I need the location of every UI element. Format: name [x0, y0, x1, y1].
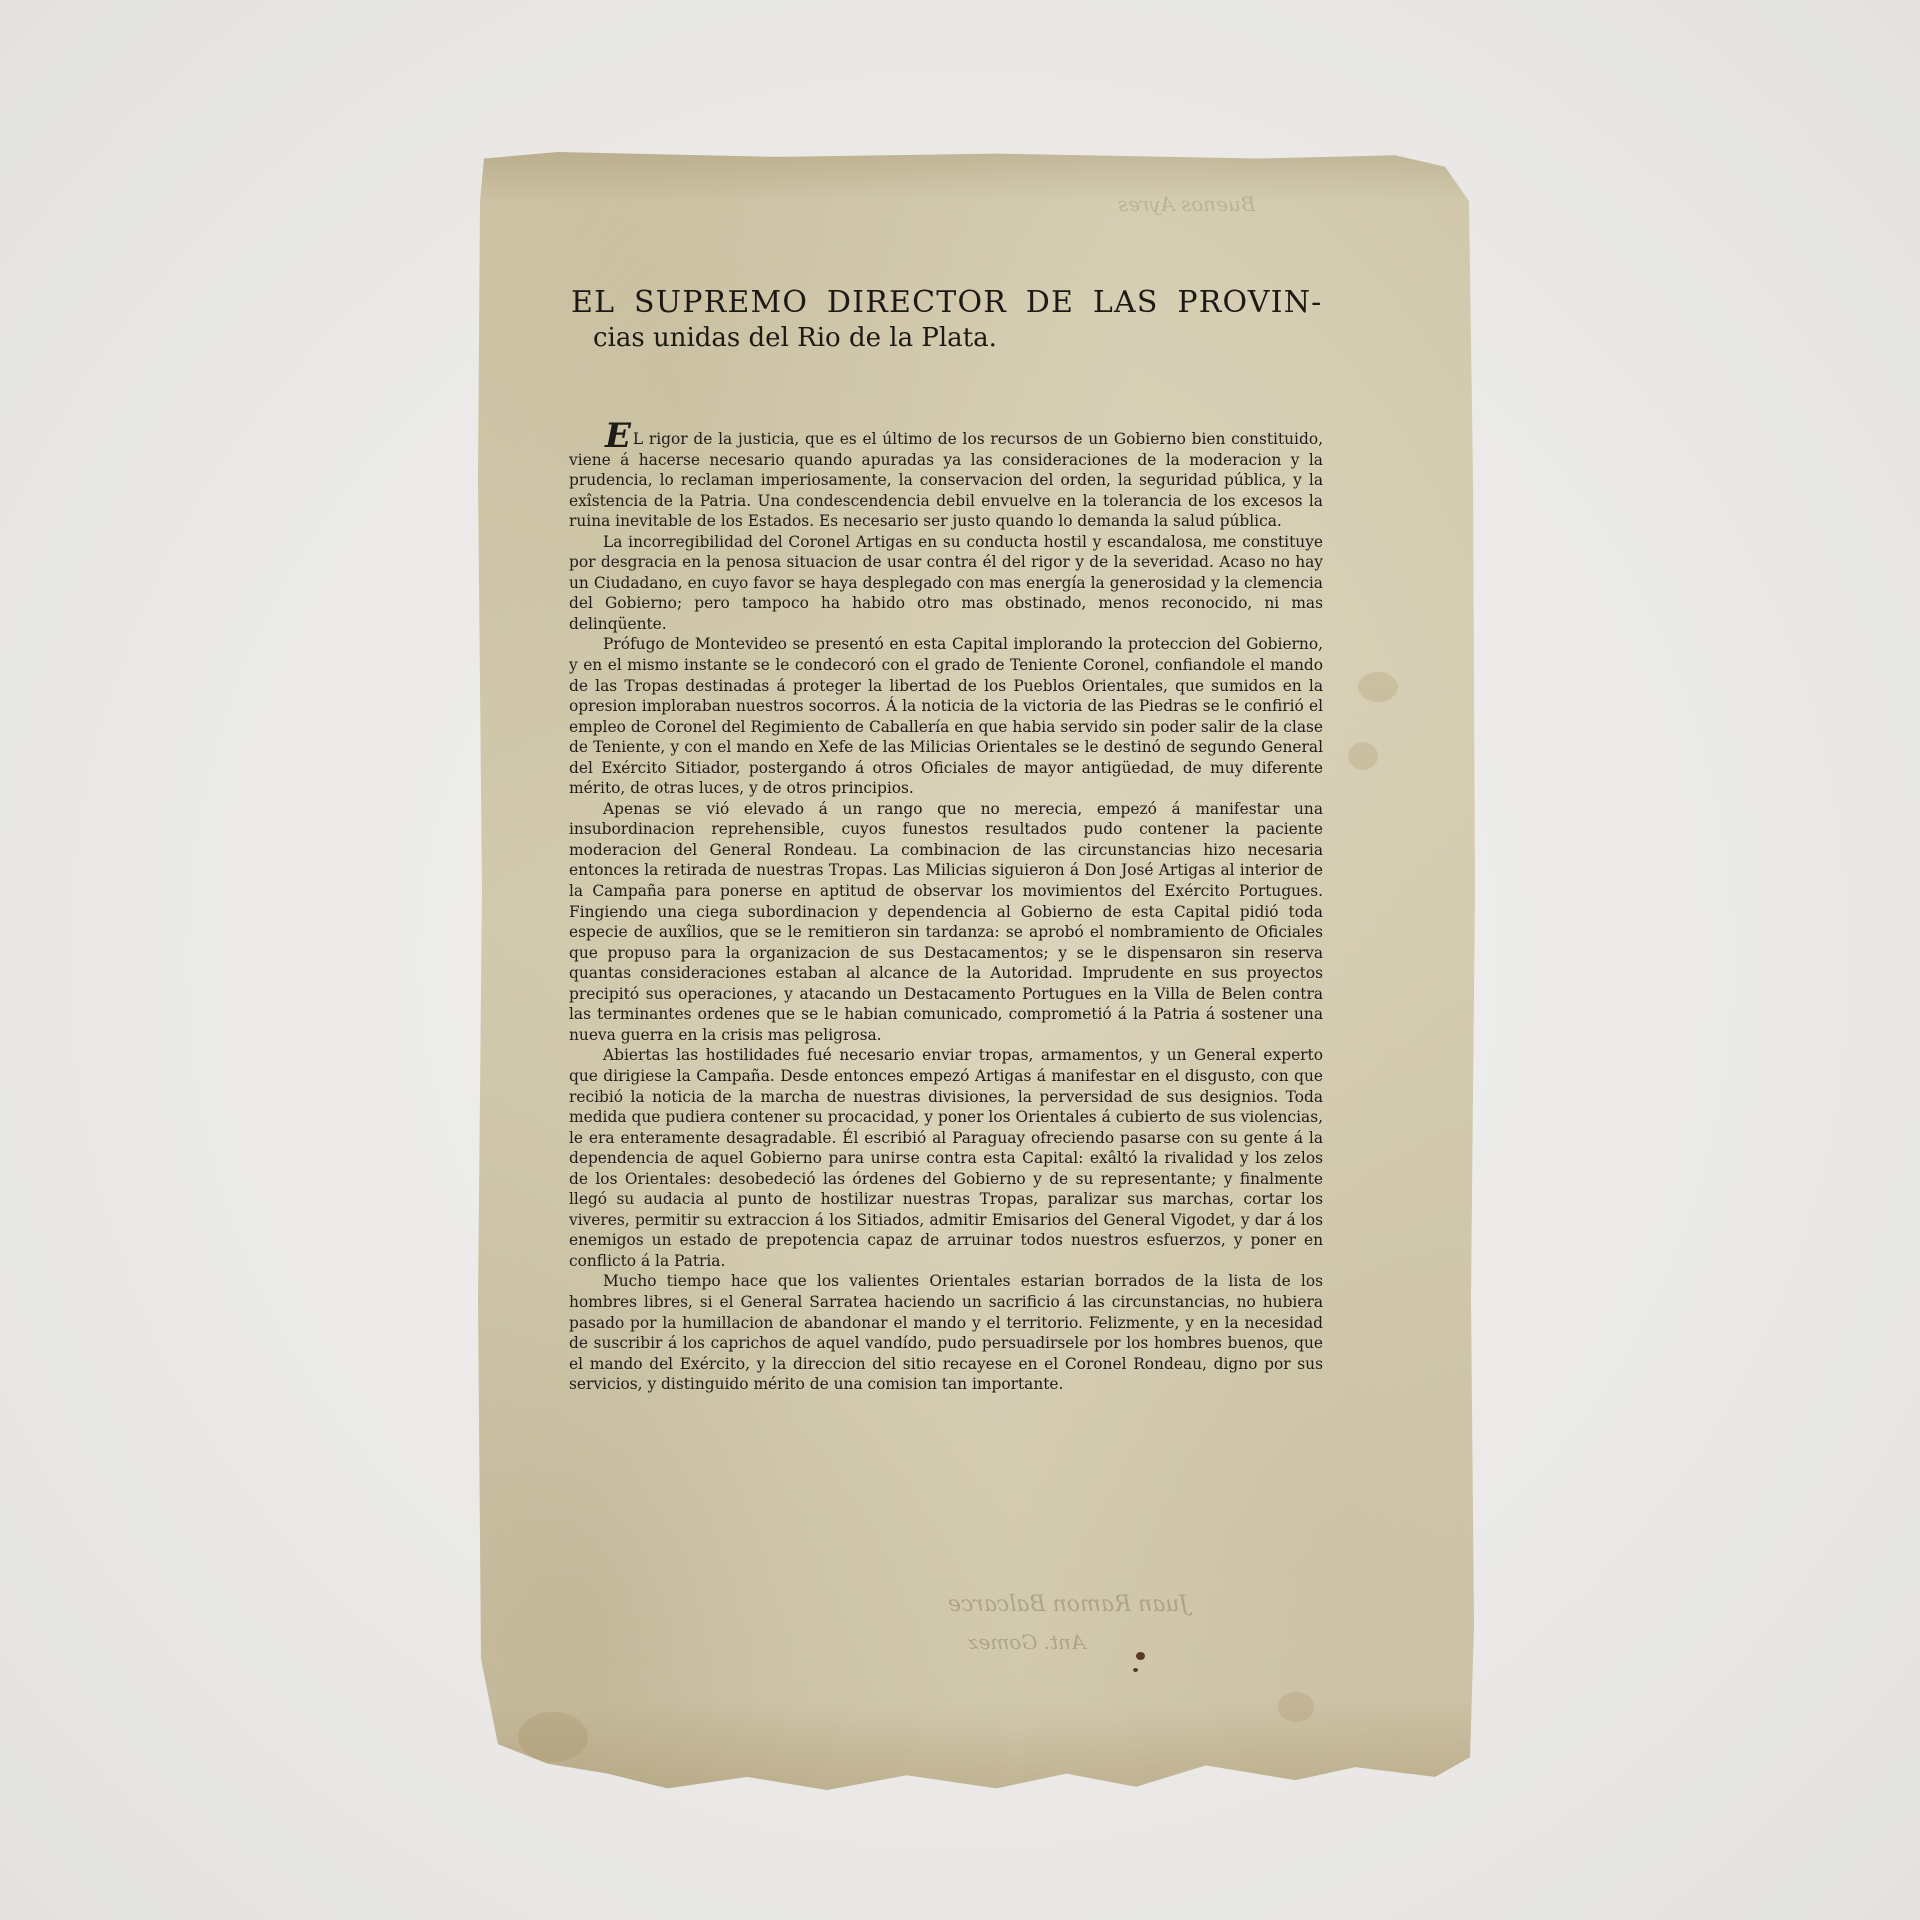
paragraph-4: Apenas se vió elevado á un rango que no … — [569, 799, 1323, 1046]
heading-line-2: cias unidas del Rio de la Plata. — [571, 321, 1331, 355]
proclamation-body: EL rigor de la justicia, que es el últim… — [569, 426, 1323, 1395]
paragraph-3: Prófugo de Montevideo se presentó en est… — [569, 634, 1323, 798]
ink-spot — [1136, 1652, 1145, 1660]
proclamation-heading: EL SUPREMO DIRECTOR DE LAS PROVIN- cias … — [571, 285, 1331, 355]
paper-top-edge-shading — [478, 152, 1475, 202]
show-through-handwriting: Buenos Ayres — [1118, 192, 1256, 216]
ink-spot — [1133, 1668, 1138, 1672]
paper-stain — [1278, 1692, 1314, 1722]
show-through-handwriting: Juan Ramon Balcarce — [948, 1592, 1188, 1617]
paper-stain — [1358, 672, 1398, 702]
paragraph-2: La incorregibilidad del Coronel Artigas … — [569, 532, 1323, 635]
paragraph-5: Abiertas las hostilidades fué necesario … — [569, 1045, 1323, 1271]
paragraph-1: EL rigor de la justicia, que es el últim… — [569, 426, 1323, 532]
paper-stain — [1348, 742, 1378, 770]
paragraph-text: L rigor de la justicia, que es el último… — [569, 430, 1323, 530]
show-through-handwriting: Ant. Gomez — [968, 1630, 1085, 1654]
heading-line-1: EL SUPREMO DIRECTOR DE LAS PROVIN- — [571, 285, 1331, 321]
paper-stain — [518, 1712, 588, 1762]
paragraph-6: Mucho tiempo hace que los valientes Orie… — [569, 1271, 1323, 1394]
